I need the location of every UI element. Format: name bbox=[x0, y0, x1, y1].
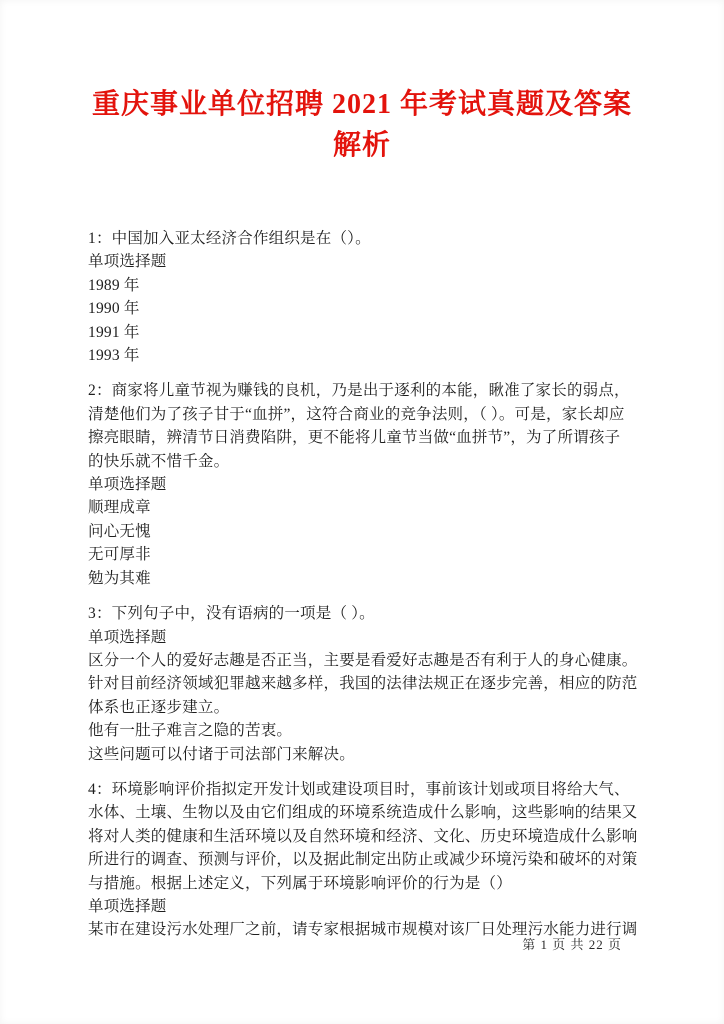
question-3-stem: 3：下列句子中，没有语病的一项是（ ）。 bbox=[88, 602, 688, 625]
question-2-stem-line-1: 2：商家将儿童节视为赚钱的良机，乃是出于逐利的本能，瞅准了家长的弱点， bbox=[88, 379, 688, 402]
question-2-stem-line-3: 擦亮眼睛，辨清节日消费陷阱，更不能将儿童节当做“血拼节”，为了所谓孩子 bbox=[88, 426, 688, 449]
question-4-stem-line-5: 与措施。根据上述定义，下列属于环境影响评价的行为是（） bbox=[88, 872, 688, 895]
question-3-option-b-line-1: 针对目前经济领域犯罪越来越多样，我国的法律法规正在逐步完善，相应的防范 bbox=[88, 672, 688, 695]
question-block-2: 2：商家将儿童节视为赚钱的良机，乃是出于逐利的本能，瞅准了家长的弱点， 清楚他们… bbox=[88, 379, 688, 590]
question-1-option-d: 1993 年 bbox=[88, 344, 688, 367]
page-title-line-1: 重庆事业单位招聘 2021 年考试真题及答案 bbox=[0, 84, 724, 125]
question-2-stem-line-2: 清楚他们为了孩子甘于“血拼”，这符合商业的竞争法则，（ ）。可是，家长却应 bbox=[88, 403, 688, 426]
question-block-3: 3：下列句子中，没有语病的一项是（ ）。 单项选择题 区分一个人的爱好志趣是否正… bbox=[88, 602, 688, 766]
question-2-type-label: 单项选择题 bbox=[88, 473, 688, 496]
question-3-option-b-line-2: 体系也正逐步建立。 bbox=[88, 696, 688, 719]
page-title: 重庆事业单位招聘 2021 年考试真题及答案 解析 bbox=[0, 84, 724, 166]
document-body: 1：中国加入亚太经济合作组织是在（）。 单项选择题 1989 年 1990 年 … bbox=[88, 227, 688, 954]
question-1-stem: 1：中国加入亚太经济合作组织是在（）。 bbox=[88, 227, 688, 250]
page-title-line-2: 解析 bbox=[0, 125, 724, 166]
question-4-type-label: 单项选择题 bbox=[88, 895, 688, 918]
question-1-option-a: 1989 年 bbox=[88, 274, 688, 297]
question-2-option-d: 勉为其难 bbox=[88, 567, 688, 590]
question-4-stem-line-1: 4：环境影响评价指拟定开发计划或建设项目时，事前该计划或项目将给大气、 bbox=[88, 778, 688, 801]
question-4-stem-line-4: 所进行的调查、预测与评价，以及据此制定出防止或减少环境污染和破坏的对策 bbox=[88, 848, 688, 871]
document-page: 重庆事业单位招聘 2021 年考试真题及答案 解析 1：中国加入亚太经济合作组织… bbox=[0, 0, 724, 1024]
question-4-stem-line-3: 将对人类的健康和生活环境以及自然环境和经济、文化、历史环境造成什么影响 bbox=[88, 825, 688, 848]
question-3-type-label: 单项选择题 bbox=[88, 626, 688, 649]
question-3-option-d: 这些问题可以付诸于司法部门来解决。 bbox=[88, 743, 688, 766]
page-number-label: 第 1 页 共 22 页 bbox=[522, 937, 622, 952]
question-2-option-a: 顺理成章 bbox=[88, 496, 688, 519]
question-1-type-label: 单项选择题 bbox=[88, 250, 688, 273]
question-3-option-a: 区分一个人的爱好志趣是否正当，主要是看爱好志趣是否有利于人的身心健康。 bbox=[88, 649, 688, 672]
question-block-4: 4：环境影响评价指拟定开发计划或建设项目时，事前该计划或项目将给大气、 水体、土… bbox=[88, 778, 688, 942]
question-3-option-c: 他有一肚子难言之隐的苦衷。 bbox=[88, 719, 688, 742]
page-footer: 第 1 页 共 22 页 bbox=[522, 934, 622, 953]
question-2-stem-line-4: 的快乐就不惜千金。 bbox=[88, 450, 688, 473]
question-2-option-c: 无可厚非 bbox=[88, 543, 688, 566]
question-block-1: 1：中国加入亚太经济合作组织是在（）。 单项选择题 1989 年 1990 年 … bbox=[88, 227, 688, 367]
question-1-option-b: 1990 年 bbox=[88, 297, 688, 320]
question-2-option-b: 问心无愧 bbox=[88, 520, 688, 543]
question-1-option-c: 1991 年 bbox=[88, 321, 688, 344]
question-4-stem-line-2: 水体、土壤、生物以及由它们组成的环境系统造成什么影响，这些影响的结果又 bbox=[88, 801, 688, 824]
